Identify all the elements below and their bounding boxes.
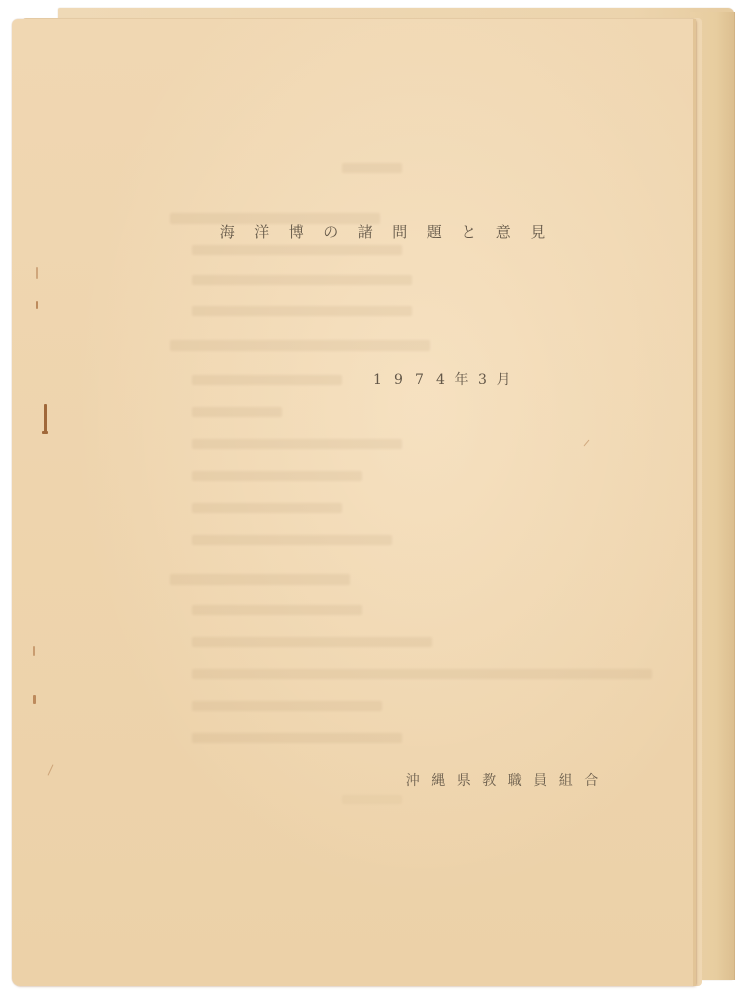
ghost-line: [192, 637, 432, 647]
issuing-organization: 沖縄県教職員組合: [400, 770, 604, 790]
ghost-line: [170, 574, 350, 585]
binding-mark: [33, 646, 35, 656]
ghost-line: [192, 275, 412, 285]
front-page: [12, 19, 696, 986]
staple-end: [42, 431, 48, 434]
ghost-line: [192, 535, 392, 545]
binding-mark: [48, 764, 54, 775]
paper-mark: [584, 440, 590, 447]
ghost-line: [192, 733, 402, 743]
document-title: 海洋博の諸問題と意見: [210, 221, 555, 242]
binding-mark: [36, 267, 38, 279]
ghost-line: [192, 503, 342, 513]
ghost-line: [192, 407, 282, 417]
ghost-line: [192, 375, 342, 385]
ghost-line: [342, 795, 402, 804]
ghost-heading: [342, 163, 402, 173]
ghost-line: [192, 439, 402, 449]
ghost-line: [192, 605, 362, 615]
ghost-line: [192, 245, 402, 255]
ghost-line: [192, 669, 652, 679]
ghost-line: [192, 701, 382, 711]
ghost-line: [192, 471, 362, 481]
ghost-line: [170, 340, 430, 351]
staple: [44, 404, 47, 434]
ghost-line: [192, 306, 412, 316]
document-date: 1974年3月: [367, 369, 514, 389]
binding-mark: [33, 695, 36, 704]
binding-mark: [36, 301, 38, 309]
